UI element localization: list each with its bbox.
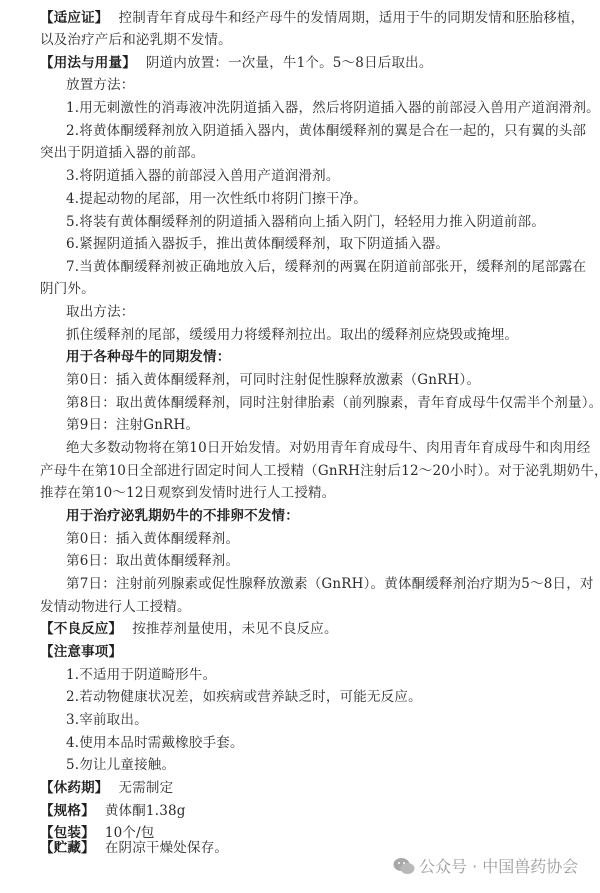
indications-line-1: 【适应证】控制青年育成母牛和经产母牛的发情周期，适用于牛的同期发情和胚胎移植， — [40, 8, 584, 28]
usage-label: 【用法与用量】 — [40, 55, 136, 71]
anestrus-day0: 第0日：插入黄体酮缓释剂。 — [66, 529, 239, 549]
anestrus-day7: 第7日：注射前列腺素或促性腺释放激素（GnRH）。黄体酮缓释剂治疗期为5～8日，… — [66, 574, 594, 594]
spec-line: 【规格】黄体酮1.38g — [40, 801, 186, 821]
spec-label: 【规格】 — [40, 803, 95, 819]
precaution-2: 2.若动物健康状况差，如疾病或营养缺乏时，可能无反应。 — [66, 687, 422, 707]
indications-text: 控制青年育成母牛和经产母牛的发情周期，适用于牛的同期发情和胚胎移植， — [119, 10, 585, 26]
removal-text: 抓住缓释剂的尾部，缓缓用力将缓释剂拉出。取出的缓释剂应烧毁或掩埋。 — [66, 325, 518, 345]
step-2-cont: 突出于阴道插入器的前部。 — [40, 143, 204, 163]
withdrawal-line: 【休药期】无需制定 — [40, 778, 173, 798]
anestrus-day7-cont: 发情动物进行人工授精。 — [40, 597, 191, 617]
watermark-text: 公众号 · 中国兽药协会 — [419, 854, 578, 877]
sync-day0: 第0日：插入黄体酮缓释剂，可同时注射促性腺释放激素（GnRH）。 — [66, 370, 480, 390]
precautions-label: 【注意事项】 — [40, 642, 122, 662]
wechat-icon — [393, 857, 415, 875]
adverse-label: 【不良反应】 — [40, 621, 122, 637]
sync-note-1: 绝大多数动物将在第10日开始发情。对奶用青年育成母牛、肉用青年育成母牛和肉用经 — [66, 438, 590, 458]
sync-note-3: 推荐在第10～12日观察到发情时进行人工授精。 — [40, 483, 335, 503]
watermark: 公众号 · 中国兽药协会 — [393, 854, 578, 877]
precaution-5: 5.勿让儿童接触。 — [66, 755, 175, 775]
placement-title: 放置方法： — [66, 75, 135, 95]
step-5: 5.将装有黄体酮缓释剂的阴道插入器稍向上插入阴门，轻轻用力推入阴道前部。 — [66, 212, 545, 232]
withdrawal-text: 无需制定 — [119, 780, 174, 796]
storage-text: 在阴凉干燥处保存。 — [105, 840, 228, 856]
step-7: 7.当黄体酮缓释剂被正确地放入后，缓释剂的两翼在阴道前部张开，缓释剂的尾部露在 — [66, 257, 586, 277]
step-6: 6.紧握阴道插入器扳手，推出黄体酮缓释剂，取下阴道插入器。 — [66, 234, 449, 254]
step-3: 3.将阴道插入器的前部浸入兽用产道润滑剂。 — [66, 166, 340, 186]
step-7-cont: 阴门外。 — [40, 279, 95, 299]
sync-day8: 第8日：取出黄体酮缓释剂，同时注射律胎素（前列腺素，青年育成母牛仅需半个剂量）。 — [66, 393, 600, 413]
adverse-text: 按推荐剂量使用，未见不良反应。 — [132, 621, 338, 637]
anestrus-title: 用于治疗泌乳期奶牛的不排卵不发情： — [66, 506, 299, 526]
indications-line-2: 以及治疗产后和泌乳期不发情。 — [40, 30, 232, 50]
sync-day9: 第9日：注射GnRH。 — [66, 415, 199, 435]
step-1: 1.用无刺激性的消毒液冲洗阴道插入器，然后将阴道插入器的前部浸入兽用产道润滑剂。 — [66, 98, 600, 118]
precaution-1: 1.不适用于阴道畸形牛。 — [66, 665, 216, 685]
storage-line: 【贮藏】在阴凉干燥处保存。 — [40, 838, 228, 858]
storage-label: 【贮藏】 — [40, 840, 95, 856]
precaution-4: 4.使用本品时需戴橡胶手套。 — [66, 733, 244, 753]
sync-note-2: 产母牛在第10日全部进行固定时间人工授精（GnRH注射后12～20小时）。对于泌… — [40, 461, 600, 481]
anestrus-day6: 第6日：取出黄体酮缓释剂。 — [66, 551, 239, 571]
removal-title: 取出方法： — [66, 302, 135, 322]
indications-label: 【适应证】 — [40, 10, 109, 26]
precaution-3: 3.宰前取出。 — [66, 710, 148, 730]
adverse-line: 【不良反应】按推荐剂量使用，未见不良反应。 — [40, 619, 338, 639]
usage-line: 【用法与用量】阴道内放置：一次量，牛1个。5～8日后取出。 — [40, 53, 433, 73]
spec-text: 黄体酮1.38g — [105, 803, 186, 819]
step-4: 4.提起动物的尾部，用一次性纸巾将阴门擦干净。 — [66, 189, 367, 209]
withdrawal-label: 【休药期】 — [40, 780, 109, 796]
usage-text: 阴道内放置：一次量，牛1个。5～8日后取出。 — [146, 55, 433, 71]
step-2: 2.将黄体酮缓释剂放入阴道插入器内，黄体酮缓释剂的翼是合在一起的，只有翼的头部 — [66, 121, 586, 141]
sync-title: 用于各种母牛的同期发情： — [66, 347, 230, 367]
